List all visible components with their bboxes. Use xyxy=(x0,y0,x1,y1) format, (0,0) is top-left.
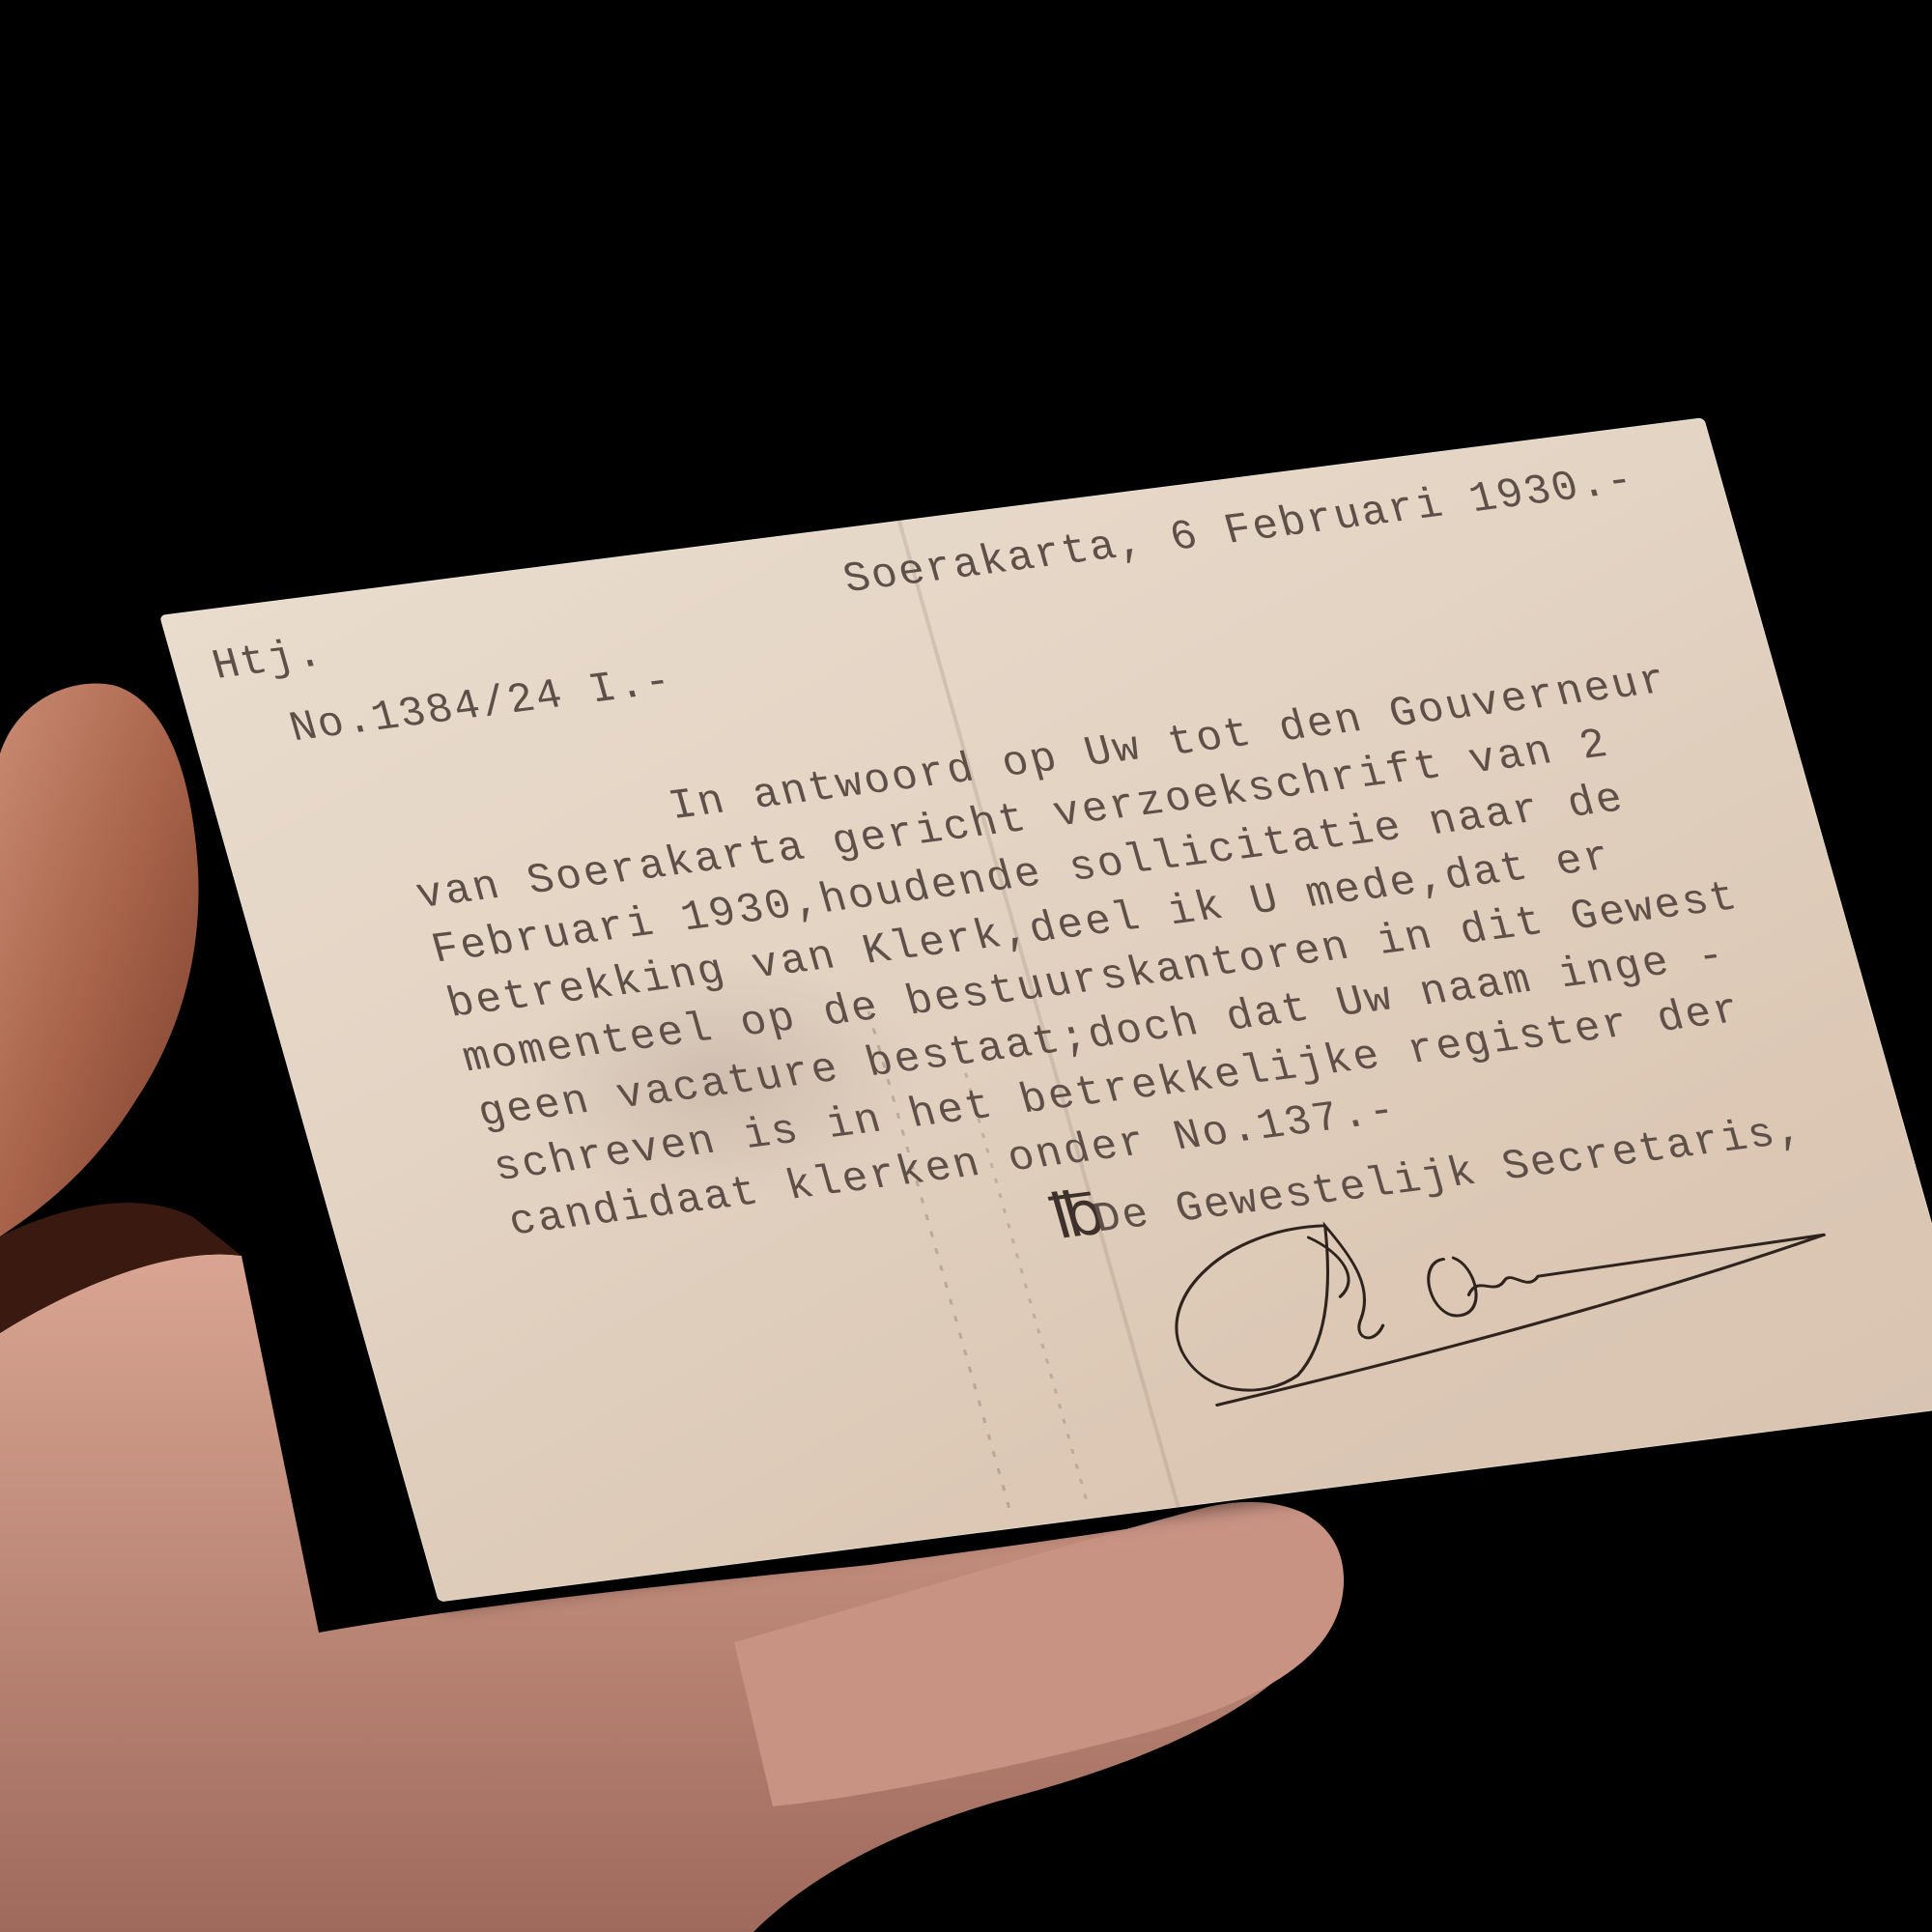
photo-scene: Htj. No.1384/24 I.- Soerakarta, 6 Februa… xyxy=(0,0,1932,1932)
document-number: No.1384/24 I.- xyxy=(284,658,678,753)
postcard: Htj. No.1384/24 I.- Soerakarta, 6 Februa… xyxy=(159,417,1932,1602)
index-finger xyxy=(0,684,199,1236)
reference-code: Htj. xyxy=(208,631,329,692)
